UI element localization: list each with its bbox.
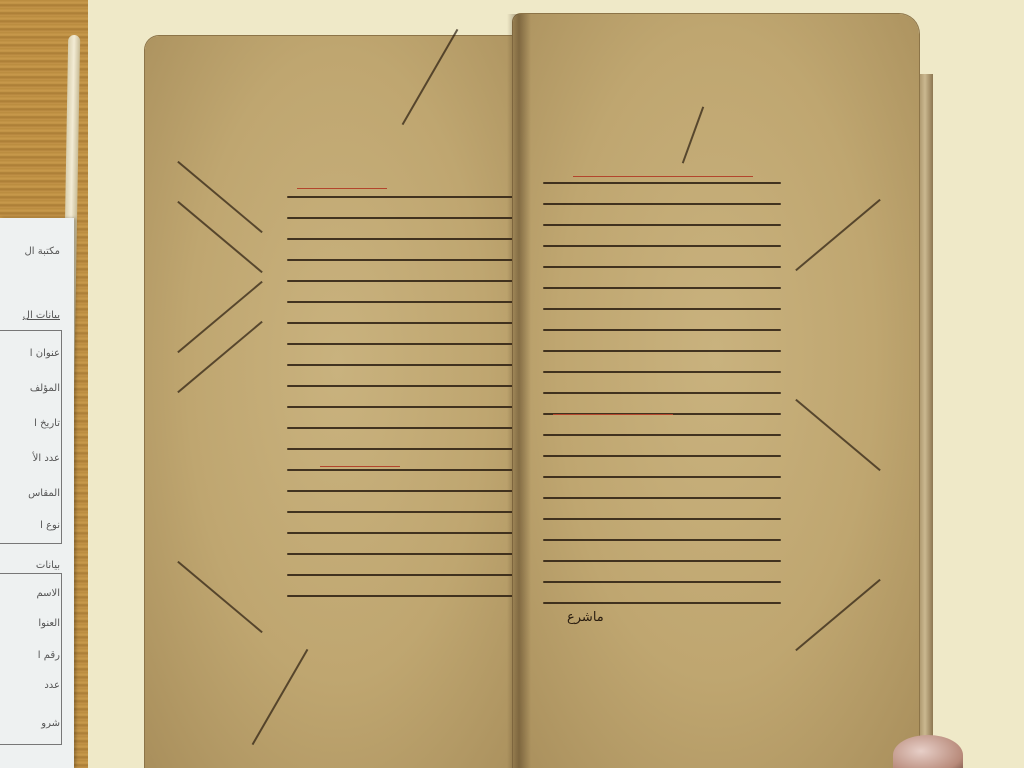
slip-field: المؤلف	[30, 383, 60, 394]
marginal-note	[177, 201, 263, 273]
slip-box-1	[0, 330, 62, 544]
slip-field: عدد	[44, 680, 60, 691]
marginal-note	[795, 579, 881, 651]
book-gutter	[507, 14, 531, 768]
catchword: ماشرع	[567, 610, 604, 625]
slip-field: المقاس	[28, 488, 60, 499]
left-main-text	[287, 196, 519, 616]
open-manuscript	[145, 14, 935, 768]
right-main-text	[543, 182, 781, 623]
slip-field: رقم ا	[38, 650, 60, 661]
marginal-note	[795, 199, 881, 271]
slip-field: الاسم	[36, 588, 60, 599]
slip-field: عدد الأ	[33, 453, 60, 464]
slip-field: نوع ا	[40, 520, 60, 531]
slip-field: عنوان ا	[30, 348, 60, 359]
slip-section-2: بيانات	[36, 560, 60, 571]
marginal-note	[682, 106, 704, 163]
marginal-note	[177, 161, 263, 233]
marginal-note	[795, 399, 881, 471]
slip-section-1: بيانات ال	[23, 310, 60, 321]
marginal-note	[252, 649, 309, 745]
slip-field: شرو	[41, 718, 60, 729]
thumb	[893, 735, 963, 768]
slip-field: تاريخ ا	[34, 418, 60, 429]
slip-field: العنوا	[38, 618, 60, 629]
marginal-note	[177, 561, 263, 633]
marginal-note	[177, 281, 263, 353]
marginal-note	[177, 321, 263, 393]
catalog-slip: مكتبة ال بيانات ال عنوان ا المؤلف تاريخ …	[0, 218, 74, 768]
right-page	[513, 14, 919, 768]
marginal-note	[402, 29, 459, 125]
page-edges	[917, 74, 933, 750]
slip-header: مكتبة ال	[25, 246, 61, 257]
left-page	[145, 36, 530, 768]
